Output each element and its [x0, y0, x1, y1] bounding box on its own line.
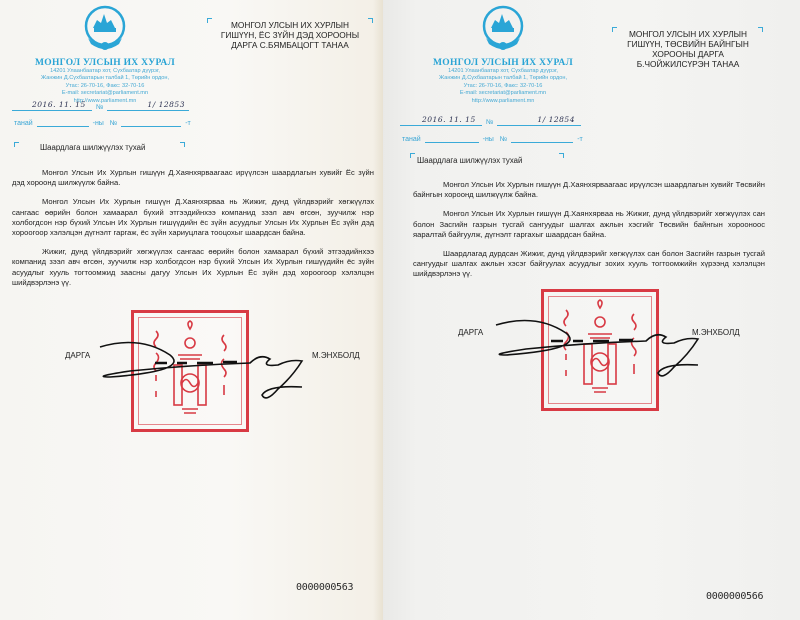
letter-page-right: МОНГОЛ УЛСЫН ИХ ХУРАЛ 14201 Улаанбаатар …	[383, 0, 800, 620]
paragraph: Монгол Улсын Их Хурлын гишүүн Д.Хаянхярв…	[12, 168, 374, 188]
subject-corner-mark	[180, 142, 185, 147]
addressee-line: МОНГОЛ УЛСЫН ИХ ХУРЛЫН	[615, 29, 761, 39]
reference-number-row: 2016. 11. 15 № 1/ 12853	[12, 101, 189, 111]
your-reference-row: танай -ны № -т	[400, 133, 585, 143]
subject-corner-mark	[410, 153, 415, 158]
email-line: E-mail: secretariat@parliament.mn	[408, 90, 598, 97]
your-date-field	[37, 117, 89, 127]
handwritten-signature-icon	[95, 337, 305, 407]
address-corner-mark	[368, 18, 373, 23]
letter-number-field: 1/ 12853	[107, 101, 189, 111]
email-line: E-mail: secretariat@parliament.mn	[10, 90, 200, 97]
addressee-line: Б.ЧОЙЖИЛСҮРЭН ТАНАА	[615, 59, 761, 69]
signatory-title: ДАРГА	[458, 328, 483, 337]
addressee-line: ДАРГА С.БЯМБАЦОГТ ТАНАА	[215, 40, 365, 50]
subject-line: Шаардлага шилжүүлэх тухай	[40, 143, 145, 152]
address-line: Утас: 26-70-16, Факс: 32-70-16	[10, 83, 200, 90]
addressee-block: МОНГОЛ УЛСЫН ИХ ХУРЛЫН ГИШҮҮН, ЁС ЗҮЙН Д…	[215, 20, 365, 50]
addressee-line: МОНГОЛ УЛСЫН ИХ ХУРЛЫН	[215, 20, 365, 30]
state-emblem-icon	[78, 2, 132, 56]
number-label: №	[96, 104, 104, 111]
your-number-label: №	[500, 136, 508, 143]
of-label: -ны	[93, 120, 104, 127]
state-emblem-icon	[476, 2, 530, 56]
your-number-field	[121, 117, 181, 127]
subject-corner-mark	[14, 142, 19, 147]
letter-body: Монгол Улсын Их Хурлын гишүүн Д.Хаянхярв…	[413, 180, 765, 289]
handwritten-signature-icon	[491, 315, 701, 385]
date-field: 2016. 11. 15	[12, 101, 92, 111]
date-field: 2016. 11. 15	[400, 116, 482, 126]
signatory-name: М.ЭНХБОЛД	[312, 351, 360, 360]
subject-line: Шаардлага шилжүүлэх тухай	[417, 156, 522, 165]
addressee-line: ХОРООНЫ ДАРГА	[615, 49, 761, 59]
serial-number: 0000000566	[706, 591, 763, 602]
address-line: Жанжин Д.Сүхбаатарын талбай 1, Төрийн ор…	[10, 75, 200, 82]
reference-number-row: 2016. 11. 15 № 1/ 12854	[400, 116, 581, 126]
paragraph: Монгол Улсын Их Хурлын гишүүн Д.Хаянхярв…	[413, 209, 765, 240]
paragraph: Шаардлагад дурдсан Жижиг, дунд үйлдвэрий…	[413, 249, 765, 280]
number-label: №	[486, 119, 494, 126]
suffix-label: -т	[577, 136, 583, 143]
letterhead: МОНГОЛ УЛСЫН ИХ ХУРАЛ 14201 Улаанбаатар …	[408, 2, 598, 105]
letter-body: Монгол Улсын Их Хурлын гишүүн Д.Хаянхярв…	[12, 168, 374, 297]
your-label: танай	[14, 120, 33, 127]
paragraph: Монгол Улсын Их Хурлын гишүүн Д.Хаянхярв…	[413, 180, 765, 200]
signatory-title: ДАРГА	[65, 351, 90, 360]
letter-page-left: МОНГОЛ УЛСЫН ИХ ХУРАЛ 14201 Улаанбаатар …	[0, 0, 383, 620]
your-number-label: №	[110, 120, 118, 127]
website-line: http://www.parliament.mn	[408, 98, 598, 105]
address-line: Утас: 26-70-16, Факс: 32-70-16	[408, 83, 598, 90]
addressee-line: ГИШҮҮН, ЁС ЗҮЙН ДЭД ХОРООНЫ	[215, 30, 365, 40]
your-date-field	[425, 133, 479, 143]
serial-number: 0000000563	[296, 582, 353, 593]
your-reference-row: танай -ны № -т	[12, 117, 193, 127]
paragraph: Жижиг, дунд үйлдвэрийг хөгжүүлэх сангаас…	[12, 247, 374, 288]
letterhead: МОНГОЛ УЛСЫН ИХ ХУРАЛ 14201 Улаанбаатар …	[10, 2, 200, 105]
suffix-label: -т	[185, 120, 191, 127]
org-name: МОНГОЛ УЛСЫН ИХ ХУРАЛ	[10, 58, 200, 68]
subject-corner-mark	[559, 153, 564, 158]
your-label: танай	[402, 136, 421, 143]
address-line: Жанжин Д.Сүхбаатарын талбай 1, Төрийн ор…	[408, 75, 598, 82]
letter-number-field: 1/ 12854	[497, 116, 581, 126]
of-label: -ны	[483, 136, 494, 143]
paragraph: Монгол Улсын Их Хурлын гишүүн Д.Хаянхярв…	[12, 197, 374, 238]
org-name: МОНГОЛ УЛСЫН ИХ ХУРАЛ	[408, 58, 598, 68]
your-number-field	[511, 133, 573, 143]
addressee-block: МОНГОЛ УЛСЫН ИХ ХУРЛЫН ГИШҮҮН, ТӨСВИЙН Б…	[615, 29, 761, 69]
address-corner-mark	[207, 18, 212, 23]
addressee-line: ГИШҮҮН, ТӨСВИЙН БАЙНГЫН	[615, 39, 761, 49]
